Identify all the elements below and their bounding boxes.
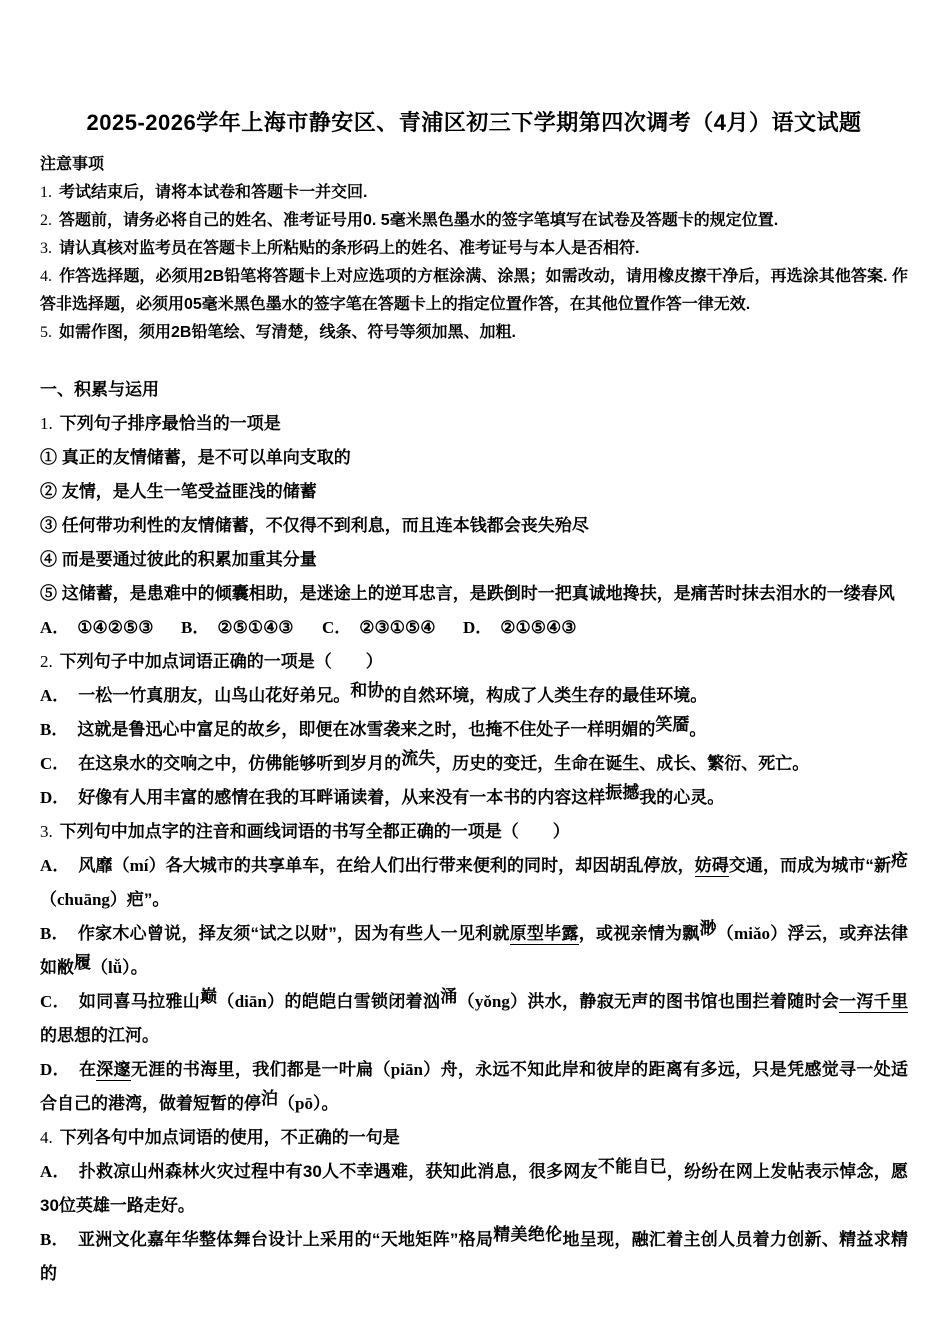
notice-item-number: 3. — [40, 240, 52, 257]
text-segment: 巅 — [200, 987, 217, 1006]
text-segment: 渺 — [700, 919, 717, 938]
text-segment: （piān） — [373, 1060, 440, 1079]
notice-item-text: 如需作图，须用2B铅笔绘、写清楚，线条、符号等须加黑、加粗. — [59, 324, 516, 341]
q3-option-b: B．作家木心曾说，择友须“试之以财”，因为有些人一见利就原型毕露，或视亲情为飘渺… — [40, 917, 908, 985]
q1-sentence-item: ④ 而是要通过彼此的积累加重其分量 — [40, 543, 908, 577]
text-segment: 这就是鲁迅心中富足的故乡，即便在冰雪袭来之时，也掩不住处子一样明媚的 — [77, 720, 655, 739]
q2-option-b: B．这就是鲁迅心中富足的故乡，即便在冰雪袭来之时，也掩不住处子一样明媚的笑靥。 — [40, 713, 908, 747]
notice-item: 1.考试结束后，请将本试卷和答题卡一并交回. — [40, 179, 908, 207]
question-number: 2. — [40, 652, 53, 671]
text-segment: 在这泉水的交响之中，仿佛能够听到岁月的 — [78, 754, 401, 773]
question-4-stem: 4.下列各句中加点词语的使用，不正确的一句是 — [40, 1121, 908, 1155]
q1-choice-b: B．②⑤①④③ — [181, 611, 322, 645]
exam-page: 2025-2026学年上海市静安区、青浦区初三下学期第四次调考（4月）语文试题 … — [0, 0, 950, 1344]
text-segment: 泊 — [261, 1089, 278, 1108]
choice-label: B． — [181, 618, 209, 637]
choice-label: D． — [463, 618, 492, 637]
q2-option-c: C．在这泉水的交响之中，仿佛能够听到岁月的流失，历史的变迁，生命在诞生、成长、繁… — [40, 747, 908, 781]
questions-section: 一、积累与运用 1.下列句子排序最恰当的一项是 ① 真正的友情储蓄，是不可以单向… — [40, 373, 908, 1291]
text-segment: （yǒng） — [458, 992, 528, 1011]
choice-label: A． — [40, 618, 69, 637]
stem-text: 下列句子排序最恰当的一项是 — [60, 414, 281, 433]
text-segment: 。 — [689, 720, 706, 739]
text-segment: 振撼 — [605, 783, 639, 802]
notice-item-number: 2. — [40, 212, 52, 229]
stem-text: 下列句子中加点词语正确的一项是（ ） — [60, 652, 383, 671]
q4-option-b: B．亚洲文化嘉年华整体舞台设计上采用的“天地矩阵”格局精美绝伦地呈现，融汇着主创… — [40, 1223, 908, 1291]
text-segment: 妨碍 — [695, 856, 729, 877]
text-segment: 作家木心曾说，择友须“试之以财”，因为有些人一见利就 — [78, 924, 510, 943]
notice-item: 5.如需作图，须用2B铅笔绘、写清楚，线条、符号等须加黑、加粗. — [40, 319, 908, 347]
q1-sentence-item: ⑤ 这储蓄，是患难中的倾囊相助，是迷途上的逆耳忠言，是跌倒时一把真诚地搀扶，是痛… — [40, 577, 908, 611]
text-segment: C． — [40, 754, 69, 773]
question-number: 1. — [40, 414, 53, 433]
text-segment: 交通，而成为城市“新 — [729, 856, 891, 875]
notice-item-text: 考试结束后，请将本试卷和答题卡一并交回. — [59, 184, 367, 201]
text-segment: ，或视亲情为飘 — [579, 924, 700, 943]
text-segment: 如同喜马拉雅山 — [79, 992, 200, 1011]
q1-sentence-item: ③ 任何带功利性的友情储蓄，不仅得不到利息，而且连本钱都会丧失殆尽 — [40, 509, 908, 543]
text-segment: D． — [40, 788, 69, 807]
notice-item: 4.作答选择题，必须用2B铅笔将答题卡上对应选项的方框涂满、涂黑；如需改动，请用… — [40, 263, 908, 319]
q3-option-a: A．风靡（mí）各大城市的共享单车，在给人们出行带来便利的同时，却因胡乱停放，妨… — [40, 849, 908, 917]
text-segment: ，历史的变迁，生命在诞生、成长、繁衍、死亡。 — [435, 754, 809, 773]
question-number: 3. — [40, 822, 53, 841]
q2-option-d: D．好像有人用丰富的感情在我的耳畔诵读着，从来没有一本书的内容这样振撼我的心灵。 — [40, 781, 908, 815]
q1-choices-row: A．①④②⑤③ B．②⑤①④③ C．②③①⑤④ D．②①⑤④③ — [40, 611, 908, 645]
q1-choice-a: A．①④②⑤③ — [40, 611, 181, 645]
notice-section: 注意事项 1.考试结束后，请将本试卷和答题卡一并交回. 2.答题前，请务必将自己… — [40, 151, 908, 347]
text-segment: 各大城市的共享单车，在给人们出行带来便利的同时，却因胡乱停放， — [166, 856, 695, 875]
text-segment: A． — [40, 686, 69, 705]
q4-option-a: A．扑救凉山州森林火灾过程中有30人不幸遇难，获知此消息，很多网友不能自已，纷纷… — [40, 1155, 908, 1223]
page-title: 2025-2026学年上海市静安区、青浦区初三下学期第四次调考（4月）语文试题 — [40, 106, 908, 137]
text-segment: B． — [40, 924, 69, 943]
text-segment: （lǚ） — [91, 958, 131, 977]
q2-option-a: A．一松一竹真朋友，山鸟山花好弟兄。和协的自然环境，构成了人类生存的最佳环境。 — [40, 679, 908, 713]
text-segment: 深邃 — [96, 1060, 131, 1081]
stem-text: 下列各句中加点词语的使用，不正确的一句是 — [60, 1128, 400, 1147]
text-segment: B． — [40, 1230, 69, 1249]
question-1-stem: 1.下列句子排序最恰当的一项是 — [40, 407, 908, 441]
text-segment: C． — [40, 992, 70, 1011]
notice-item-text: 作答选择题，必须用2B铅笔将答题卡上对应选项的方框涂满、涂黑；如需改动，请用橡皮… — [40, 268, 908, 313]
text-segment: 一泻千里 — [839, 992, 908, 1013]
text-segment: 的皑皑白雪锁闭着汹 — [284, 992, 440, 1011]
q1-sentence-item: ① 真正的友情储蓄，是不可以单向支取的 — [40, 441, 908, 475]
text-segment: 和协 — [350, 681, 384, 700]
text-segment: 的思想的江河。 — [40, 1026, 159, 1045]
text-segment: 涌 — [440, 987, 457, 1006]
q3-option-d: D．在深邃无涯的书海里，我们都是一叶扁（piān）舟，永远不知此岸和彼岸的距离有… — [40, 1053, 908, 1121]
choice-value: ①④②⑤③ — [77, 618, 153, 637]
text-segment: D． — [40, 1060, 70, 1079]
text-segment: 好像有人用丰富的感情在我的耳畔诵读着，从来没有一本书的内容这样 — [78, 788, 605, 807]
text-segment: 的自然环境，构成了人类生存的最佳环境。 — [384, 686, 707, 705]
text-segment: 一松一竹真朋友，山鸟山花好弟兄。 — [78, 686, 350, 705]
text-segment: 疤”。 — [127, 890, 170, 909]
text-segment: 流失 — [401, 749, 435, 768]
q1-choice-c: C．②③①⑤④ — [322, 611, 463, 645]
notice-item-number: 4. — [40, 268, 52, 285]
choice-label: C． — [322, 618, 351, 637]
text-segment: 笑靥 — [655, 715, 689, 734]
notice-heading: 注意事项 — [40, 151, 908, 179]
text-segment: 不能自已 — [598, 1157, 667, 1176]
q1-choice-d: D．②①⑤④③ — [463, 611, 576, 645]
question-number: 4. — [40, 1128, 53, 1147]
text-segment: 在 — [79, 1060, 96, 1079]
choice-value: ②①⑤④③ — [500, 618, 576, 637]
text-segment: B． — [40, 720, 68, 739]
choice-value: ②⑤①④③ — [217, 618, 293, 637]
text-segment: （miǎo） — [717, 924, 788, 943]
text-segment: 洪水，静寂无声的图书馆也围拦着随时会 — [528, 992, 840, 1011]
q3-option-c: C．如同喜马拉雅山巅（diān）的皑皑白雪锁闭着汹涌（yǒng）洪水，静寂无声的… — [40, 985, 908, 1053]
notice-item: 2.答题前，请务必将自己的姓名、准考证号用0. 5毫米黑色墨水的签字笔填写在试卷… — [40, 207, 908, 235]
text-segment: 精美绝伦 — [493, 1225, 562, 1244]
stem-text: 下列句中加点字的注音和画线词语的书写全都正确的一项是（ ） — [60, 822, 570, 841]
question-3-stem: 3.下列句中加点字的注音和画线词语的书写全都正确的一项是（ ） — [40, 815, 908, 849]
text-segment: （diān） — [217, 992, 284, 1011]
text-segment: 风靡 — [78, 856, 112, 875]
text-segment: A． — [40, 1162, 70, 1181]
q1-sentence-item: ② 友情，是人生一笔受益匪浅的储蓄 — [40, 475, 908, 509]
text-segment: 原型毕露 — [510, 924, 579, 945]
text-segment: （chuāng） — [40, 890, 127, 909]
notice-item-text: 答题前，请务必将自己的姓名、准考证号用0. 5毫米黑色墨水的签字笔填写在试卷及答… — [59, 212, 778, 229]
text-segment: （mí） — [113, 856, 166, 875]
text-segment: （pō） — [278, 1094, 321, 1113]
text-segment: 履 — [74, 953, 91, 972]
notice-item-text: 请认真核对监考员在答题卡上所粘贴的条形码上的姓名、准考证号与本人是否相符. — [59, 240, 639, 257]
notice-item-number: 5. — [40, 324, 52, 341]
text-segment: 扑救凉山州森林火灾过程中有30人不幸遇难，获知此消息，很多网友 — [79, 1162, 598, 1181]
choice-value: ②③①⑤④ — [359, 618, 435, 637]
question-2-stem: 2.下列句子中加点词语正确的一项是（ ） — [40, 645, 908, 679]
notice-item: 3.请认真核对监考员在答题卡上所粘贴的条形码上的姓名、准考证号与本人是否相符. — [40, 235, 908, 263]
text-segment: 。 — [131, 958, 148, 977]
text-segment: 。 — [321, 1094, 338, 1113]
text-segment: 疮 — [891, 851, 908, 870]
text-segment: 无涯的书海里，我们都是一叶扁 — [131, 1060, 374, 1079]
text-segment: A． — [40, 856, 69, 875]
notice-item-number: 1. — [40, 184, 52, 201]
text-segment: 亚洲文化嘉年华整体舞台设计上采用的“天地矩阵”格局 — [78, 1230, 493, 1249]
text-segment: 我的心灵。 — [639, 788, 724, 807]
section-heading: 一、积累与运用 — [40, 373, 908, 407]
